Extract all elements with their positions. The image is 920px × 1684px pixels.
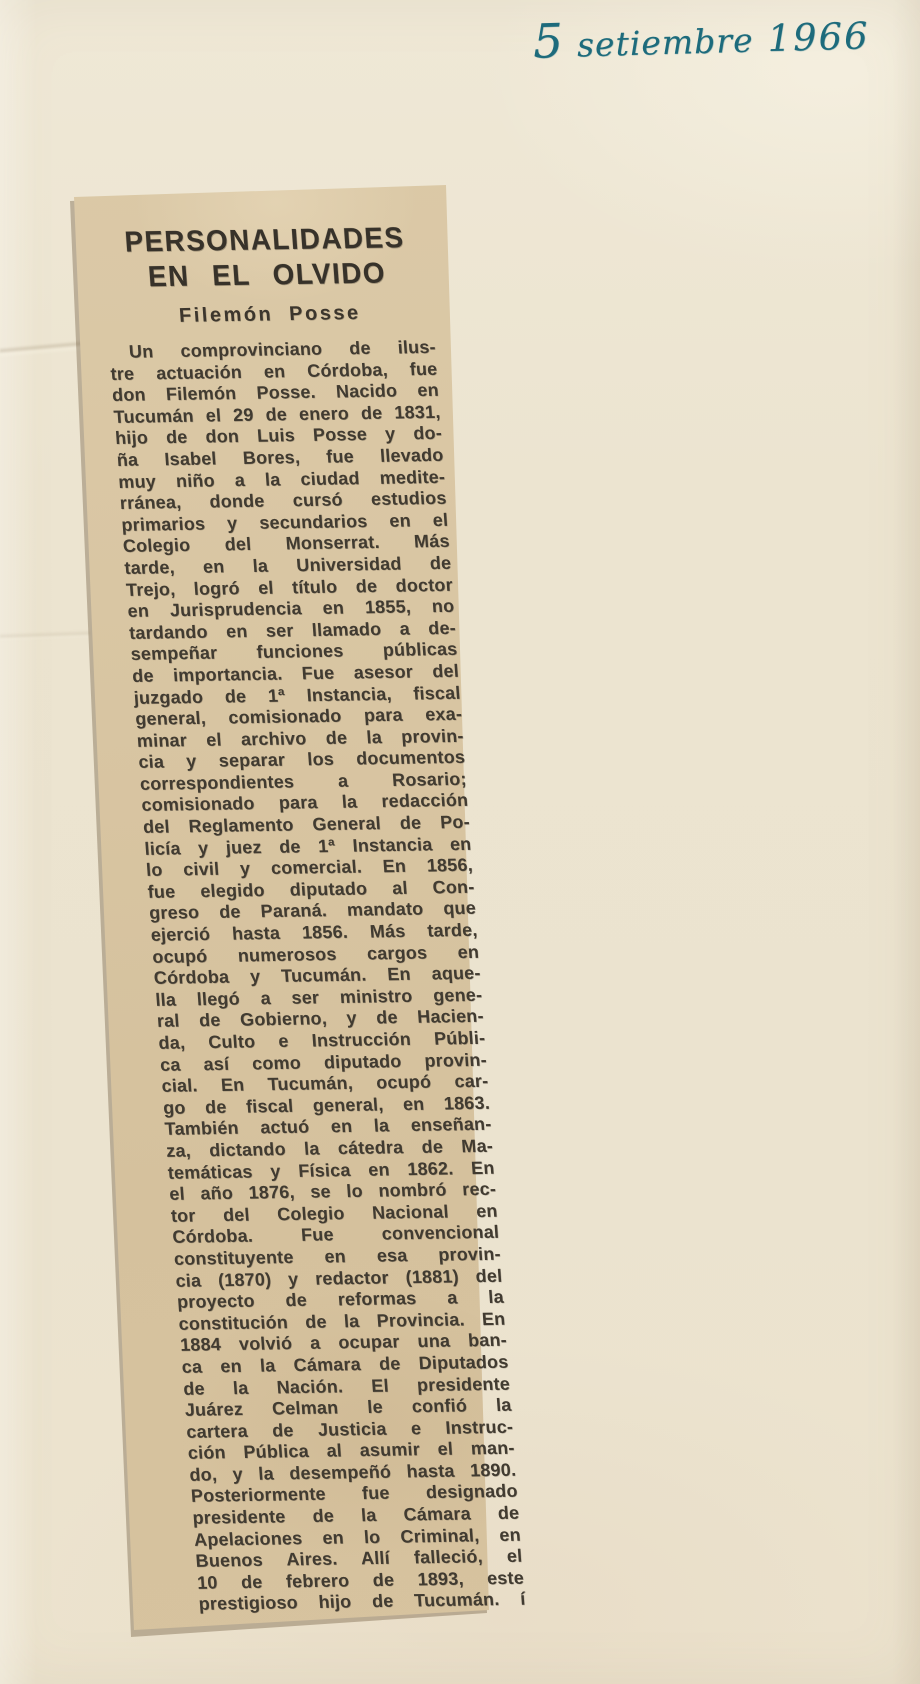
- article-headline-line1: PERSONALIDADES: [107, 221, 423, 261]
- handwritten-date-year: 1966: [767, 15, 870, 60]
- article-byline: Filemón Posse: [106, 301, 434, 329]
- article-headline-line2: EN EL OLVIDO: [109, 256, 425, 296]
- handwritten-date-day: 5: [532, 18, 563, 66]
- handwritten-date-month: setiembre: [577, 21, 755, 66]
- scanned-album-page: PERSONALIDADES EN EL OLVIDO Filemón Poss…: [0, 0, 920, 1684]
- handwritten-date: 5 setiembre 1966: [532, 9, 870, 66]
- page-crease-small: [0, 600, 90, 670]
